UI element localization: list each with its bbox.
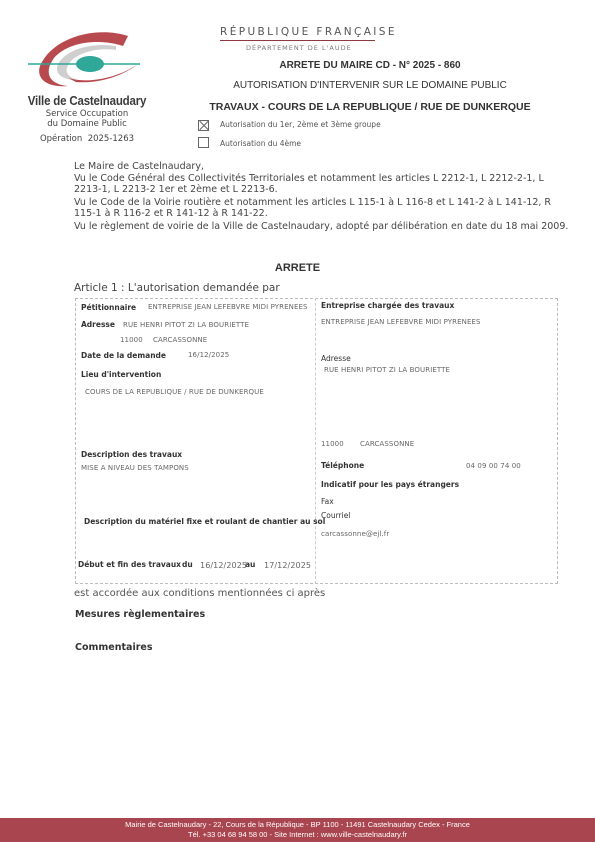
lieu-label: Lieu d'intervention: [81, 370, 161, 379]
brand-name: Ville de Castelnaudary: [25, 94, 148, 108]
request-form-box: [75, 298, 558, 584]
petitionnaire-label: Pétitionnaire: [81, 303, 136, 312]
ville: CARCASSONNE: [153, 336, 207, 344]
footer-band: Mairie de Castelnaudary - 22, Cours de l…: [0, 818, 595, 842]
materiel-label: Description du matériel fixe et roulant …: [84, 517, 325, 526]
date-debut: 16/12/2025: [200, 561, 247, 570]
courriel-label: Courriel: [321, 511, 350, 520]
operation-label: Opération: [40, 134, 82, 144]
operation-number: Opération 2025-1263: [20, 134, 154, 144]
footer-address: Mairie de Castelnaudary - 22, Cours de l…: [0, 820, 595, 830]
lieu-value: COURS DE LA REPUBLIQUE / RUE DE DUNKERQU…: [85, 388, 264, 396]
du-label: du: [182, 560, 193, 569]
republique-francaise: RÉPUBLIQUE FRANÇAISE: [220, 26, 397, 38]
arrete-title: ARRETE DU MAIRE CD - N° 2025 - 860: [190, 60, 550, 71]
fax-label: Fax: [321, 497, 334, 506]
au-label: au: [245, 560, 255, 569]
telephone-label: Téléphone: [321, 461, 364, 470]
arrete-heading: ARRETE: [0, 262, 595, 274]
telephone-value: 04 09 00 74 00: [466, 462, 521, 470]
adresse-label: Adresse: [81, 320, 115, 329]
conditions-text: est accordée aux conditions mentionnées …: [74, 588, 325, 599]
footer-contact: Tél. +33 04 68 94 58 00 - Site Internet …: [0, 830, 595, 840]
operation-value: 2025-1263: [88, 134, 134, 144]
code-postal: 11000: [120, 336, 143, 344]
date-demande-label: Date de la demande: [81, 351, 166, 360]
departement: DÉPARTEMENT DE L'AUDE: [246, 44, 352, 52]
entreprise-ville: CARCASSONNE: [360, 440, 414, 448]
commentaires-heading: Commentaires: [75, 642, 153, 653]
description-value: MISE A NIVEAU DES TAMPONS: [81, 464, 189, 472]
form-divider: [315, 298, 316, 584]
courriel-value: carcassonne@ejl.fr: [321, 530, 389, 538]
entreprise-adresse-value: RUE HENRI PITOT ZI LA BOURIETTE: [324, 366, 450, 374]
header-rule: [220, 40, 375, 41]
checkbox-label-groupe-1-3: Autorisation du 1er, 2ème et 3ème groupe: [220, 120, 381, 129]
service-line-1: Service Occupation: [20, 109, 154, 119]
checkbox-label-groupe-4: Autorisation du 4ème: [220, 139, 301, 148]
entreprise-label: Entreprise chargée des travaux: [321, 301, 454, 310]
preamble-reglement: Vu le règlement de voirie de la Ville de…: [74, 222, 574, 233]
checkbox-groupe-4[interactable]: [198, 137, 209, 148]
petitionnaire-value: ENTREPRISE JEAN LEFEBVRE MIDI PYRENEES: [148, 303, 308, 311]
date-demande-value: 16/12/2025: [188, 351, 229, 359]
travaux-title: TRAVAUX - COURS DE LA REPUBLIQUE / RUE D…: [190, 101, 550, 113]
preamble-voirie: Vu le Code de la Voirie routière et nota…: [74, 198, 574, 220]
preamble-cgct: Vu le Code Général des Collectivités Ter…: [74, 174, 574, 196]
service-line-2: du Domaine Public: [20, 119, 154, 129]
debut-fin-label: Début et fin des travaux: [78, 560, 181, 569]
date-fin: 17/12/2025: [264, 561, 311, 570]
entreprise-adresse-label: Adresse: [321, 354, 351, 363]
checkbox-groupe-1-3[interactable]: [198, 120, 209, 131]
preamble-maire: Le Maire de Castelnaudary,: [74, 162, 574, 173]
article-1: Article 1 : L'autorisation demandée par: [74, 282, 280, 294]
mesures-heading: Mesures règlementaires: [75, 609, 205, 620]
description-label: Description des travaux: [81, 450, 182, 459]
indicatif-label: Indicatif pour les pays étrangers: [321, 480, 459, 489]
entreprise-value: ENTREPRISE JEAN LEFEBVRE MIDI PYRENEES: [321, 318, 481, 326]
entreprise-code-postal: 11000: [321, 440, 344, 448]
adresse-value: RUE HENRI PITOT ZI LA BOURIETTE: [123, 321, 249, 329]
arrete-subtitle: AUTORISATION D'INTERVENIR SUR LE DOMAINE…: [190, 80, 550, 91]
castelnaudary-logo-icon: [28, 28, 143, 90]
